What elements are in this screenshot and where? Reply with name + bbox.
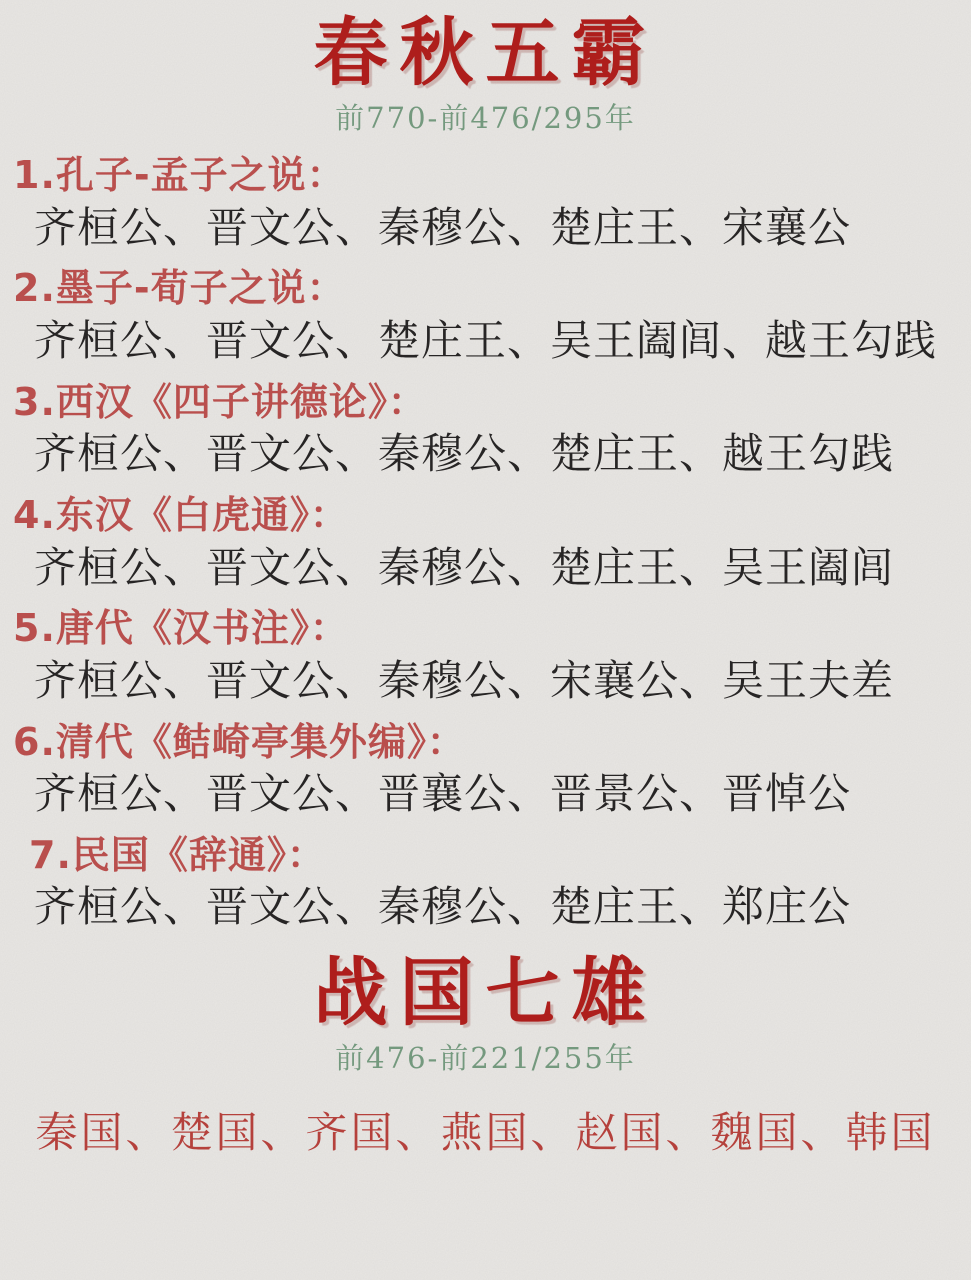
list-item: 1.孔子-孟子之说： 齐桓公、晋文公、秦穆公、楚庄王、宋襄公 (13, 150, 955, 254)
item-heading: 7.民国《辞通》： (13, 830, 955, 881)
item-heading: 4.东汉《白虎通》： (13, 490, 955, 541)
date-range-spring-autumn: 前770-前476/295年 (0, 100, 971, 136)
poster: 春秋五霸 前770-前476/295年 1.孔子-孟子之说： 齐桓公、晋文公、秦… (0, 0, 971, 1161)
list-item: 5.唐代《汉书注》： 齐桓公、晋文公、秦穆公、宋襄公、吴王夫差 (13, 603, 955, 707)
page-title-warring-states: 战国七雄 (0, 952, 971, 1035)
item-content: 齐桓公、晋文公、秦穆公、楚庄王、宋襄公 (13, 201, 955, 255)
hegemon-theories-list: 1.孔子-孟子之说： 齐桓公、晋文公、秦穆公、楚庄王、宋襄公 2.墨子-荀子之说… (0, 136, 971, 934)
list-item: 7.民国《辞通》： 齐桓公、晋文公、秦穆公、楚庄王、郑庄公 (13, 830, 955, 934)
section-spring-autumn-header: 春秋五霸 前770-前476/295年 (0, 12, 971, 136)
date-range-warring-states: 前476-前221/255年 (0, 1040, 971, 1076)
list-item: 6.清代《鲒崎亭集外编》： 齐桓公、晋文公、晋襄公、晋景公、晋悼公 (13, 717, 955, 821)
item-content: 齐桓公、晋文公、晋襄公、晋景公、晋悼公 (13, 767, 955, 821)
list-item: 4.东汉《白虎通》： 齐桓公、晋文公、秦穆公、楚庄王、吴王阖闾 (13, 490, 955, 594)
page-title-spring-autumn: 春秋五霸 (0, 12, 971, 95)
item-heading: 2.墨子-荀子之说： (13, 263, 955, 314)
item-content: 齐桓公、晋文公、秦穆公、宋襄公、吴王夫差 (13, 654, 955, 708)
item-content: 齐桓公、晋文公、秦穆公、楚庄王、吴王阖闾 (13, 541, 955, 595)
item-content: 齐桓公、晋文公、秦穆公、楚庄王、郑庄公 (13, 880, 955, 934)
section-warring-states-header: 战国七雄 前476-前221/255年 (0, 952, 971, 1076)
item-heading: 5.唐代《汉书注》： (13, 603, 955, 654)
list-item: 2.墨子-荀子之说： 齐桓公、晋文公、楚庄王、吴王阖闾、越王勾践 (13, 263, 955, 367)
item-heading: 1.孔子-孟子之说： (13, 150, 955, 201)
item-content: 齐桓公、晋文公、秦穆公、楚庄王、越王勾践 (13, 427, 955, 481)
list-item: 3.西汉《四子讲德论》： 齐桓公、晋文公、秦穆公、楚庄王、越王勾践 (13, 377, 955, 481)
item-heading: 3.西汉《四子讲德论》： (13, 377, 955, 428)
item-heading: 6.清代《鲒崎亭集外编》： (13, 717, 955, 768)
warring-states-list: 秦国、楚国、齐国、燕国、赵国、魏国、韩国 (0, 1106, 971, 1161)
item-content: 齐桓公、晋文公、楚庄王、吴王阖闾、越王勾践 (13, 314, 955, 368)
